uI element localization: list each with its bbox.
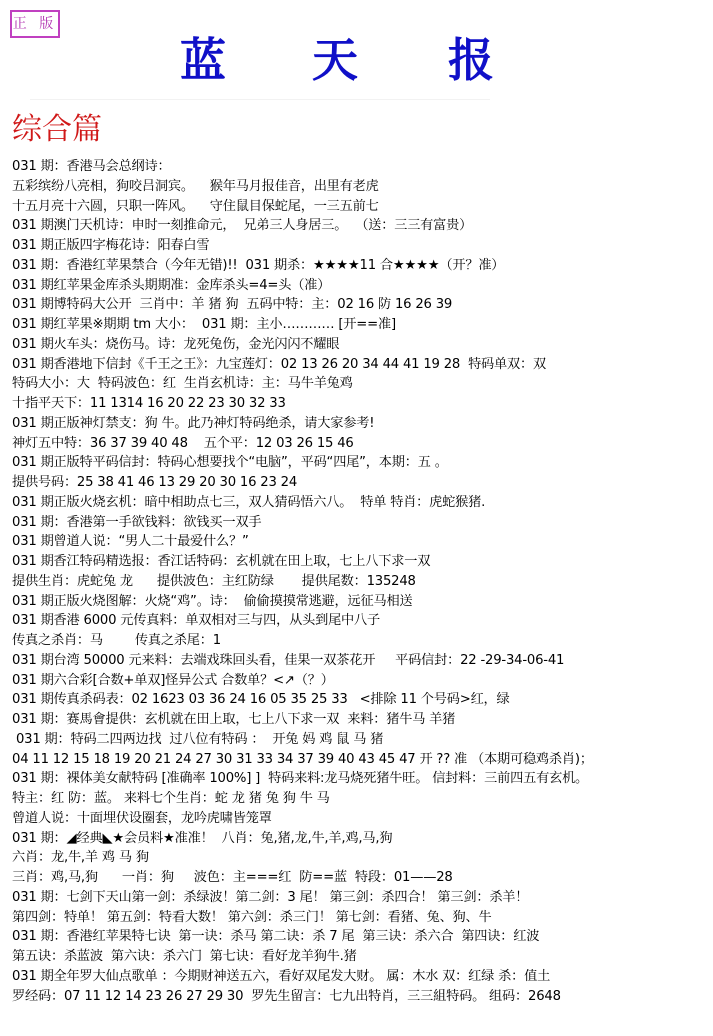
text-line: 提供生肖：虎蛇兔 龙 提供波色：主红防绿 提供尾数：135248 (12, 572, 712, 592)
text-line: 031 期正版特平码信封：特码心想要找个“电脑”，平码“四尾”，本期：五 。 (12, 453, 712, 473)
text-line: 五彩缤纷八亮相，狗咬吕洞宾。 猴年马月报佳音，出里有老虎 (12, 177, 712, 197)
text-line: 031 期正版火烧图解：火烧“鸡”。诗： 偷偷摸摸常逃避，远征马相送 (12, 592, 712, 612)
text-line: 031 期：香港红苹果特七诀 第一诀：杀马 第二诀：杀 7 尾 第三诀：杀六合 … (12, 927, 712, 947)
text-line: 特码大小：大 特码波色：红 生肖玄机诗：主：马牛羊兔鸡 (12, 374, 712, 394)
text-line: 031 期：特码二四两边找 过八位有特码 ： 开兔 妈 鸡 鼠 马 猪 (12, 730, 712, 750)
text-line: 031 期澳门天机诗：申时一刻推命元， 兄弟三人身居三。 （送：三三有富贵） (12, 216, 712, 236)
text-line: 031 期红苹果金库杀头期期准：金库杀头=4=头（准） (12, 276, 712, 296)
text-line: 031 期火车头：烧伤马。诗：龙死兔伤，金光闪闪不耀眼 (12, 335, 712, 355)
text-line: 三肖：鸡,马,狗 一肖：狗 波色：主===红 防==蓝 特段：01——28 (12, 868, 712, 888)
text-line: 031 期正版火烧玄机：暗中相助点七三，双人猜码悟六八。 特单 特肖：虎蛇猴猪. (12, 493, 712, 513)
text-line: 提供号码：25 38 41 46 13 29 20 30 16 23 24 (12, 473, 712, 493)
masthead-char-1: 蓝 (180, 30, 226, 90)
text-line: 031 期：七剑下天山第一剑：杀绿波！第二剑：3 尾！ 第三剑：杀四合！ 第三剑… (12, 888, 712, 908)
text-line: 031 期香江特码精选报：香江话特码：玄机就在田上取，七上八下求一双 (12, 552, 712, 572)
text-line: 曾道人说：十面埋伏设圈套，龙吟虎啸皆笼罩 (12, 809, 712, 829)
text-line: 031 期博特码大公开 三肖中：羊 猪 狗 五码中特：主：02 16 防 16 … (12, 295, 712, 315)
text-line: 031 期传真杀码表：02 1623 03 36 24 16 05 35 25 … (12, 690, 712, 710)
masthead-title: 蓝 天 报 (0, 30, 713, 90)
text-line: 031 期曾道人说：“男人二十最爱什么？” (12, 532, 712, 552)
text-line: 传真之杀肖：马 传真之杀尾：1 (12, 631, 712, 651)
text-line: 031 期：香港马会总纲诗： (12, 157, 712, 177)
text-line: 031 期台湾 50000 元来料：去端戏珠回头看，佳果一双茶花开 平码信封：2… (12, 651, 712, 671)
text-line: 031 期：香港第一手欲钱料：欲钱买一双手 (12, 513, 712, 533)
text-line: 神灯五中特：36 37 39 40 48 五个平：12 03 26 15 46 (12, 434, 712, 454)
text-line: 罗经码：07 11 12 14 23 26 27 29 30 罗先生留言：七九出… (12, 987, 712, 1007)
text-line: 031 期正版神灯禁支：狗 牛。此乃神灯特码绝杀，请大家参考! (12, 414, 712, 434)
text-line: 特主：红 防：蓝。 来料七个生肖：蛇 龙 猪 兔 狗 牛 马 (12, 789, 712, 809)
text-line: 031 期红苹果※期期 tm 大小： 031 期：主小………… [开==准] (12, 315, 712, 335)
text-line: 031 期香港地下信封《千王之王》：九宝莲灯：02 13 26 20 34 44… (12, 355, 712, 375)
content-lines: 031 期：香港马会总纲诗：五彩缤纷八亮相，狗咬吕洞宾。 猴年马月报佳音，出里有… (12, 157, 712, 1006)
masthead-char-2: 天 (312, 30, 358, 90)
text-line: 031 期香港 6000 元传真料：单双相对三与四，从头到尾中八子 (12, 611, 712, 631)
text-line: 六肖：龙,牛,羊 鸡 马 狗 (12, 848, 712, 868)
masthead-char-3: 报 (448, 30, 494, 90)
text-line: 031 期：香港红苹果禁合（今年无错)!! 031 期杀：★★★★11 合★★★… (12, 256, 712, 276)
text-line: 031 期：赛馬會提供：玄机就在田上取，七上八下求一双 来料：猪牛马 羊猪 (12, 710, 712, 730)
text-line: 十五月亮十六圆，只职一阵风。 守住鼠目保蛇尾，一三五前七 (12, 197, 712, 217)
text-line: 十指平天下：11 1314 16 20 22 23 30 32 33 (12, 394, 712, 414)
text-line: 第四剑：特单！ 第五剑：特看大数！ 第六剑：杀三门！ 第七剑：看猪、兔、狗、牛 (12, 908, 712, 928)
text-line: 031 期：裸体美女献特码 [准确率 100%] ] 特码来料:龙马烧死猪牛旺。… (12, 769, 712, 789)
divider (30, 99, 490, 100)
section-title: 综合篇 (12, 110, 102, 150)
text-line: 031 期：◢经典◣★会员料★准准！ 八肖：兔,猪,龙,牛,羊,鸡,马,狗 (12, 829, 712, 849)
text-line: 031 期全年罗大仙点歌单 ：今期财神送五六，看好双尾发大财。 属：木水 双：红… (12, 967, 712, 987)
text-line: 031 期正版四字梅花诗：阳春白雪 (12, 236, 712, 256)
text-line: 04 11 12 15 18 19 20 21 24 27 30 31 33 3… (12, 750, 712, 770)
text-line: 031 期六合彩[合数+单双]怪异公式 合数单？<↗（？） (12, 671, 712, 691)
text-line: 第五诀：杀蓝波 第六诀：杀六门 第七诀：看好龙羊狗牛.猪 (12, 947, 712, 967)
